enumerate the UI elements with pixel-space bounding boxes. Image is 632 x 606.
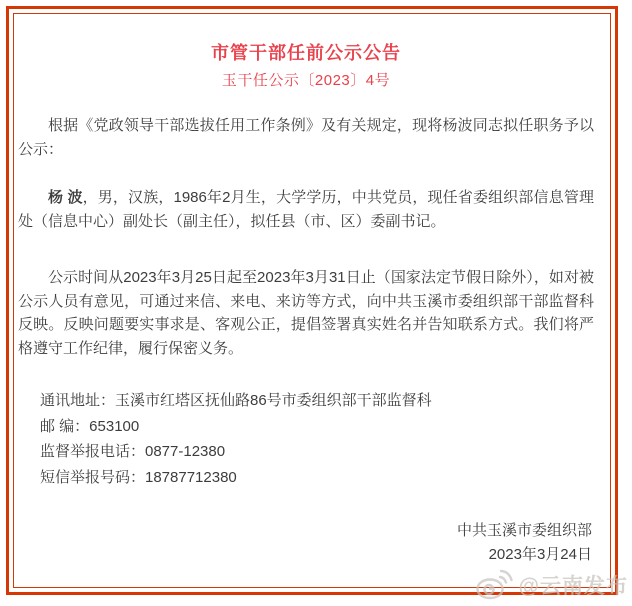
paragraph-candidate: 杨 波，男，汉族，1986年2月生，大学学历，中共党员，现任省委组织部信息管理处… <box>18 186 594 233</box>
contact-phone: 监督举报电话：0877-12380 <box>40 439 594 465</box>
document-number: 玉干任公示〔2023〕4号 <box>18 70 594 92</box>
signature-date: 2023年3月24日 <box>18 543 592 567</box>
outer-red-frame: 市管干部任前公示公告 玉干任公示〔2023〕4号 根据《党政领导干部选拔任用工作… <box>6 6 618 595</box>
notice-content: 市管干部任前公示公告 玉干任公示〔2023〕4号 根据《党政领导干部选拔任用工作… <box>14 14 610 587</box>
candidate-details: ，男，汉族，1986年2月生，大学学历，中共党员，现任省委组织部信息管理处（信息… <box>18 189 594 230</box>
signature-org: 中共玉溪市委组织部 <box>18 519 592 543</box>
contact-postcode: 邮 编：653100 <box>40 414 594 440</box>
inner-red-frame: 市管干部任前公示公告 玉干任公示〔2023〕4号 根据《党政领导干部选拔任用工作… <box>13 13 611 588</box>
signature-block: 中共玉溪市委组织部 2023年3月24日 <box>18 519 594 567</box>
contact-sms: 短信举报号码：18787712380 <box>40 465 594 491</box>
page-title: 市管干部任前公示公告 <box>18 42 594 64</box>
contact-block: 通讯地址：玉溪市红塔区抚仙路86号市委组织部干部监督科 邮 编：653100 监… <box>18 388 594 490</box>
candidate-name: 杨 波 <box>48 189 83 206</box>
paragraph-period: 公示时间从2023年3月25日起至2023年3月31日止（国家法定节假日除外），… <box>18 266 594 360</box>
contact-address: 通讯地址：玉溪市红塔区抚仙路86号市委组织部干部监督科 <box>40 388 594 414</box>
notice-page: 市管干部任前公示公告 玉干任公示〔2023〕4号 根据《党政领导干部选拔任用工作… <box>0 0 632 606</box>
paragraph-basis: 根据《党政领导干部选拔任用工作条例》及有关规定，现将杨波同志拟任职务予以公示： <box>18 114 594 161</box>
